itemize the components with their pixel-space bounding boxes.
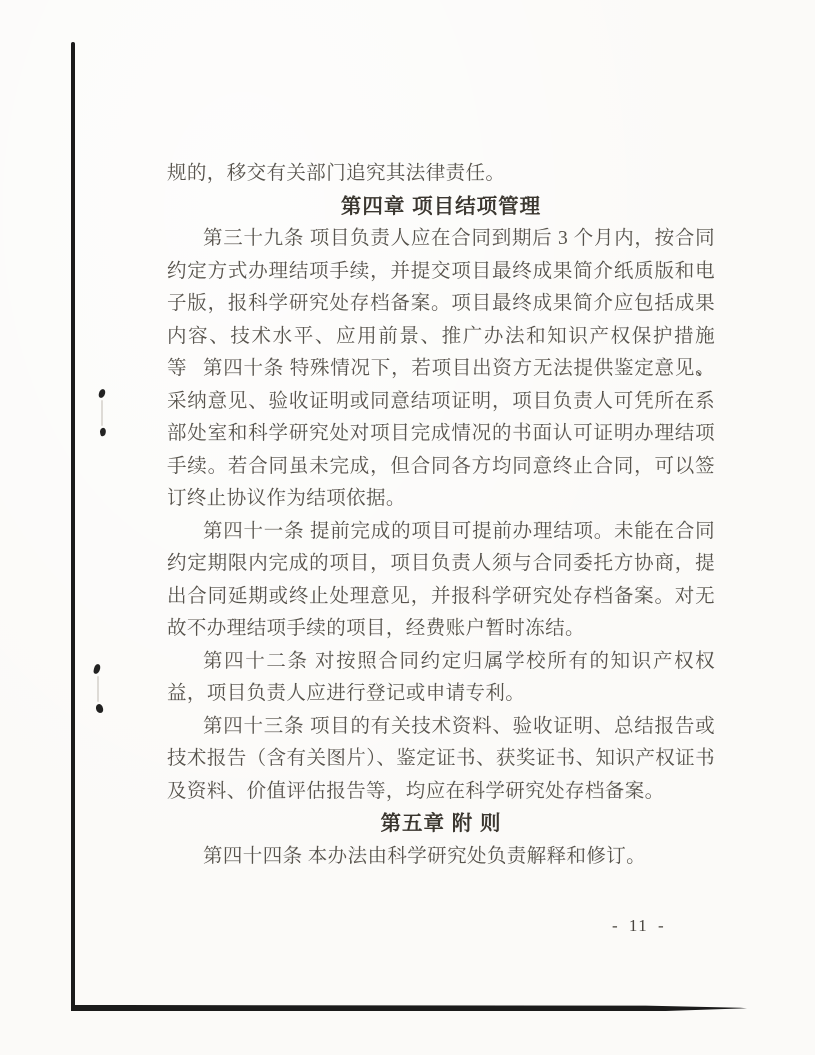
- scanned-document-page: 规的，移交有关部门追究其法律责任。第四章 项目结项管理第三十九条 项目负责人应在…: [0, 0, 815, 1055]
- ink-mark: [95, 704, 103, 714]
- text-line: 第四十四条 本办法由科学研究处负责解释和修订。: [167, 841, 715, 874]
- text-line: 益，项目负责人应进行登记或申请专利。: [167, 678, 715, 711]
- ink-mark: [93, 663, 101, 674]
- text-line: 第四十三条 项目的有关技术资料、验收证明、总结报告或: [167, 711, 715, 744]
- text-line: 约定期限内完成的项目，项目负责人须与合同委托方协商，提: [167, 548, 715, 581]
- text-line: 订终止协议作为结项依据。: [167, 483, 715, 516]
- text-line: 及资料、价值评估报告等，均应在科学研究处存档备案。: [167, 776, 715, 809]
- text-line: 部处室和科学研究处对项目完成情况的书面认可证明办理结项: [167, 418, 715, 451]
- page-number: - 11 -: [612, 916, 665, 936]
- text-line: 出合同延期或终止处理意见，并报科学研究处存档备案。对无: [167, 581, 715, 614]
- scan-left-edge: [71, 42, 75, 1011]
- chapter-heading: 第四章 项目结项管理: [167, 191, 715, 224]
- text-line: 约定方式办理结项手续，并提交项目最终成果简介纸质版和电: [167, 256, 715, 289]
- text-line: 内容、技术水平、应用前景、推广办法和知识产权保护措施等。: [167, 321, 715, 354]
- text-line: 故不办理结项手续的项目，经费账户暂时冻结。: [167, 613, 715, 646]
- text-line: 第四十二条 对按照合同约定归属学校所有的知识产权权: [167, 646, 715, 679]
- scan-bottom-edge: [71, 1005, 747, 1011]
- text-line: 规的，移交有关部门追究其法律责任。: [167, 158, 715, 191]
- ink-mark: [98, 388, 106, 398]
- text-line: 第四十条 特殊情况下，若项目出资方无法提供鉴定意见、: [167, 353, 715, 386]
- text-line: 手续。若合同虽未完成，但合同各方均同意终止合同，可以签: [167, 451, 715, 484]
- text-line: 第四十一条 提前完成的项目可提前办理结项。未能在合同: [167, 516, 715, 549]
- text-line: 采纳意见、验收证明或同意结项证明，项目负责人可凭所在系: [167, 386, 715, 419]
- text-line: 子版，报科学研究处存档备案。项目最终成果简介应包括成果: [167, 288, 715, 321]
- ink-mark: [99, 427, 107, 436]
- chapter-heading: 第五章 附 则: [167, 808, 715, 841]
- text-line: 技术报告（含有关图片）、鉴定证书、获奖证书、知识产权证书: [167, 743, 715, 776]
- ink-smudge: [97, 676, 99, 702]
- text-line: 第三十九条 项目负责人应在合同到期后 3 个月内，按合同: [167, 223, 715, 256]
- document-body: 规的，移交有关部门追究其法律责任。第四章 项目结项管理第三十九条 项目负责人应在…: [167, 158, 715, 873]
- ink-smudge: [101, 400, 103, 426]
